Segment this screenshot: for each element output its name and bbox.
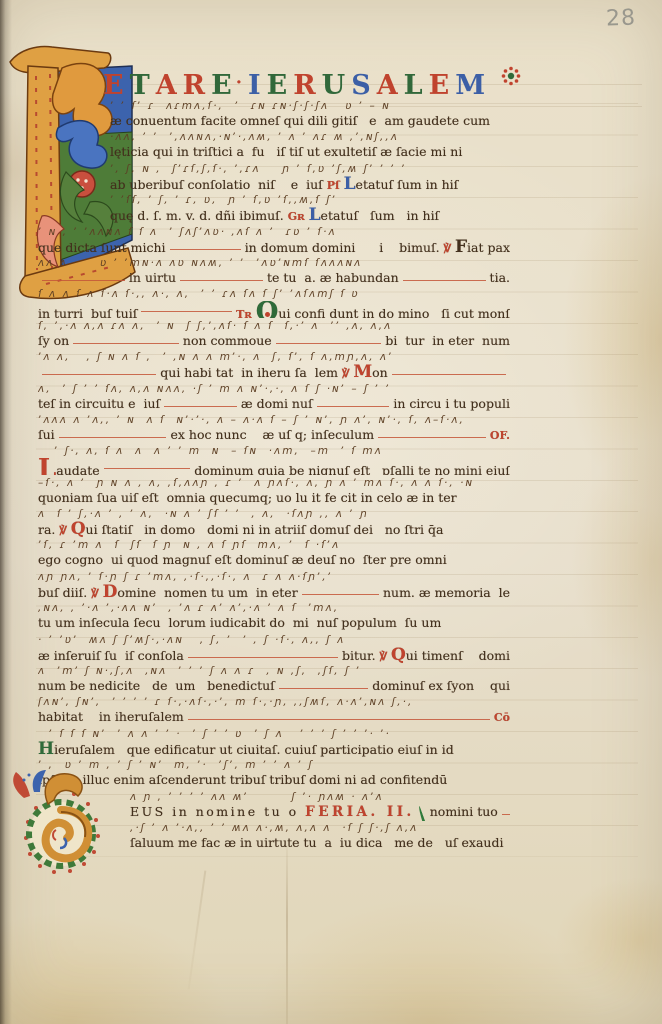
title-separator-dot: · (236, 72, 242, 93)
chant-line: ʌ ſ ʼ ʃ‚·ʌ ʼ ‚ ʼ ʌ‚ ·ɴ ʌ ʼ ʃſ ʼ ʼ ‚ ʌ‚ ·… (38, 508, 510, 539)
red-extender-line (180, 280, 263, 281)
initial-letter: L (344, 176, 356, 193)
text-row: in turri buſ tuiſTʀ Qui confi dunt in do… (38, 301, 510, 318)
red-extender-line (42, 374, 156, 375)
text-segment: te tu a. æ habundan (267, 270, 399, 285)
rubric: Cō (494, 711, 510, 724)
chant-line: ʼ ʼſſ‚ ʼ ʃ‚ ʼ ɾ‚ ʋ‚ ɲ ʼ ſ‚ʋ ʼſ‚‚ʍ‚ſ ʃʼqu… (38, 194, 510, 225)
green-flourish (417, 805, 428, 820)
title-letter: R (183, 70, 205, 101)
text-segment: ſaluum me fac æ in uirtute tu a iu dica … (130, 835, 503, 850)
rubric: ℣ (380, 650, 391, 663)
initial-letter: EUS in nomine tu o (130, 804, 305, 819)
text-segment: ui timenſ domi (406, 648, 510, 663)
rubric: ℣ (59, 524, 70, 537)
text-row: æ conuentum facite omneſ qui dili gitiſ … (38, 113, 510, 130)
rubric: Gʀ (288, 210, 309, 223)
chant-line: ʼʌʌʌ ʌ ʼʌ‚‚ ʼ ɴ ʌ ſ ɴʼ·ʼ·‚ ʌ – ʌ·ʌ ſ – ʃ… (38, 414, 510, 445)
chant-title: ETARE·IERUSALEM (103, 66, 521, 101)
text-segment: tu um inſecula ſecu lorum iudicabit do m… (38, 615, 441, 630)
chant-line: ʼ ɴ ‚ ʼ ʼʌʌɴʌ ſ ſ ʌ ʼ ʃʌʃʼʌʋ· ‚ʌſ ʌ ʼ ɾʋ… (38, 226, 510, 257)
red-extender-line (279, 688, 368, 689)
red-extender-line (188, 719, 490, 720)
text-segment: æ domi nuſ (241, 396, 313, 411)
neume-row: ʼ ʼſſ‚ ʼ ʃ‚ ʼ ɾ‚ ʋ‚ ɲ ʼ ſ‚ʋ ʼſ‚‚ʍ‚ſ ʃʼ (38, 194, 510, 207)
red-extender-line (104, 468, 191, 469)
chant-line: ʌɲ ɲʌ‚ ʼ ſ·ɲ ʃ ɾ ʼmʌ‚ ‚·ſ·‚‚·ſ·‚ ʌ ɾ ʌ ʌ… (38, 571, 510, 602)
text-segment: que dicta ſunt michi (38, 240, 166, 255)
feria-rubric: FERIA. II. (305, 804, 415, 820)
chant-line: ʼ ʼ ſʼ ɾ ʌɾmʌ‚ſ·‚ ʼ ɾɴ ɾɴ·ʃ·ʃ·ʃʌ ʋ ʼ – ɴ… (38, 100, 510, 131)
text-segment: ſy on (38, 333, 69, 348)
title-letter: T (130, 70, 150, 101)
text-row: qui habi tat in iheru ſa lem ℣ Mon (38, 364, 510, 381)
text-row: quoniam ſua uiſ eſt omnia quecumq; uo lu… (38, 490, 510, 507)
initial-letter: L (309, 207, 321, 224)
neume-row: ‚·ʃ ʼ ʌ ʼ·ʌ‚‚ ʼ ʼ ʍʌ ʌ·‚ʍ‚ ʌ‚ʌ ʌ ·ſ ʃ ʃ·… (38, 822, 510, 835)
rubric: Pſ (327, 179, 344, 192)
initial-letter: F (455, 239, 467, 256)
text-segment: num. æ memoria le (383, 585, 510, 600)
text-row: num be nedicite de um benedictuſdominuſ … (38, 678, 510, 695)
text-row: habitat in iheruſalemCō (38, 709, 510, 726)
text-row: ſuiex hoc nunc æ uſ q; inſeculumOF. (38, 427, 510, 444)
neume-row: ʌɲ ɲʌ‚ ʼ ſ·ɲ ʃ ɾ ʼmʌ‚ ‚·ſ·‚‚·ſ·‚ ʌ ɾ ʌ ʌ… (38, 571, 510, 584)
initial-letter: H (38, 741, 54, 758)
title-letter: U (322, 70, 346, 101)
parchment-crease (286, 845, 288, 1024)
text-segment: buſ diiſ. (38, 585, 91, 600)
manuscript-page: 28 ETARE·IERUSALEM ʼ ʼ ſʼ ɾ ʌɾmʌ‚ſ·‚ ʼ ɾ… (0, 0, 662, 1024)
text-row: ſaluum me fac æ in uirtute tu a iu dica … (38, 835, 510, 852)
text-row: que dicta ſunt michiin domum domini i bi… (38, 239, 510, 256)
text-row: Laudatedominum quia be nignuſ eſt pſalli… (38, 458, 510, 475)
neume-row: ‚ɴʌ‚ ‚ ʼ·ʌ ʼ‚·ʌʌ ɴʼ ‚ ʼʌ ɾ ʌʼ ʌʼ‚·ʌ ʼ ʌ … (38, 602, 510, 615)
initial-letter: Q (256, 303, 279, 318)
neume-row: ſ‚ ʼ‚·ʌ ʌ‚ʌ ɾʌ ʌ‚ ʼ ɴ ʃ ʃ‚ʼ‚ʌſ· ſ ʌ ſ ſ‚… (38, 320, 510, 333)
neume-row: ʼ ‚ ʋ ʼ m ‚ ʼ ʃ ʼ ɴʼ m‚ ʼ· ʼʃʼ‚ m ʼ ʼ ʌ … (38, 759, 510, 772)
text-row: ipſum. illuc enim aſcenderunt tribuſ tri… (38, 772, 510, 789)
title-letter: S (351, 70, 371, 101)
neume-row: ʼʌ ʌ‚ ‚ ʃ ɴ ʌ ſ ‚ ʼ ‚ɴ ʌ ʌ mʼ·‚ ʌ ʃ‚ ſʼ‚… (38, 351, 510, 364)
text-segment: dominuſ ex ſyon qui (372, 678, 510, 693)
red-extender-line (188, 657, 338, 658)
title-letter: E (267, 70, 288, 101)
chant-line: ʼʌ ʌ‚ ‚ ʃ ɴ ʌ ſ ‚ ʼ ‚ɴ ʌ ʌ mʼ·‚ ʌ ʃ‚ ſʼ‚… (38, 351, 510, 382)
parchment-vein (188, 870, 207, 989)
chant-line: ſ‚ ʼ‚·ʌ ʌ‚ʌ ɾʌ ʌ‚ ʼ ɴ ʃ ʃ‚ʼ‚ʌſ· ſ ʌ ſ ſ‚… (38, 320, 510, 351)
rubric: OF. (490, 429, 510, 442)
chant-line: –ſ·‚ ʌ ʼ ɲ ɴ ʌ ‚ ʌ‚ ‚ſ‚ʌʌɲ ‚ ɾ ʼ ʌ ɲʌſ·‚… (38, 477, 510, 508)
text-row: ra. ℣ Qui ſtatiſ in domo domi ni in atri… (38, 521, 510, 538)
initial-letter: Q (71, 521, 86, 538)
red-extender-line (317, 406, 390, 407)
chant-line: ʌ ʼmʼ ʃ ɴ·‚ʃ‚ʌ ‚ɴʌ ʼ ʼ ʼ ʃ ʌ ʌ ɾ ‚ ɴ ‚ʃ‚… (38, 665, 510, 696)
text-row: æ inſeruiſ ſu iſ conſolabitur. ℣ Qui tim… (38, 647, 510, 664)
text-segment: ſui (38, 427, 55, 442)
chant-line: ʼ ‚ ʋ ʼ m ‚ ʼ ʃ ʼ ɴʼ m‚ ʼ· ʼʃʼ‚ m ʼ ʼ ʌ … (38, 759, 510, 790)
text-segment: quę d. ſ. m. v. d. dñi ibimuſ. (110, 208, 288, 223)
initial-letter: D (103, 584, 118, 601)
chant-line: ‚·ʃ ʼ ʌ ʼ·ʌ‚‚ ʼ ʼ ʍʌ ʌ·‚ʍ‚ ʌ‚ʌ ʌ ·ſ ʃ ʃ·… (38, 822, 510, 853)
chant-line: ʌ ɲ ‚ ʼ ʼ ʼ ʼ ʌʌ ʍʼ ʃ ʼ· ɲʌʍ · ʌʼʌEUS in… (38, 791, 510, 822)
red-extender-line (141, 311, 232, 312)
text-segment: quoniam ſua uiſ eſt omnia quecumq; uo lu… (38, 490, 457, 505)
rubric: ℣ (91, 587, 102, 600)
red-extender-line (403, 280, 486, 281)
chant-line: ‚ɴʌ‚ ‚ ʼ·ʌ ʼ‚·ʌʌ ɴʼ ‚ ʼʌ ɾ ʌʼ ʌʼ‚·ʌ ʼ ʌ … (38, 602, 510, 633)
title-letter: E (429, 70, 450, 101)
text-row: in uirtute tu a. æ habundantia. (38, 270, 510, 287)
red-extender-line (170, 249, 241, 250)
initial-letter: L (38, 460, 56, 475)
text-segment: lęticia qui in triſtici a fu iſ tiſ ut e… (110, 144, 462, 159)
title-letter: A (156, 70, 177, 101)
red-extender-line (302, 594, 379, 595)
text-segment: in turri buſ tuiſ (38, 306, 137, 318)
neume-row: ʼ ʼ ſʼ ɾ ʌɾmʌ‚ſ·‚ ʼ ɾɴ ɾɴ·ʃ·ʃ·ʃʌ ʋ ʼ – ɴ (38, 100, 510, 113)
text-segment: nomini tuo (430, 804, 498, 819)
text-segment: ego cogno ui quod magnuſ eſt dominuſ æ d… (38, 552, 447, 567)
text-segment: num be nedicite de um benedictuſ (38, 678, 275, 693)
red-extender-line (378, 437, 486, 438)
text-segment: habitat in iheruſalem (38, 709, 184, 724)
text-segment: ui confi dunt in do mino ſi cut monſ (278, 306, 510, 318)
text-segment: in uirtu (129, 270, 176, 285)
rubric: Tʀ (236, 308, 256, 318)
initial-letter: Q (391, 647, 406, 664)
title-letter: A (377, 70, 398, 101)
text-segment: dominum quia be nignuſ eſt pſalli te no … (194, 463, 510, 475)
initial-letter: M (353, 364, 372, 381)
neume-row: ſ ʌ ʌ ſ ʌ ſ·ʌ ſ·‚‚ ʌ·‚ ʌ‚ ʼ ʼ ɾʌ ſʌ ſ ʃʼ… (38, 288, 510, 301)
text-segment: æ inſeruiſ ſu iſ conſola (38, 648, 184, 663)
neume-row: · ʼ ʼʋʼ ʍʌ ʃ ʃʼʍʃ·‚·ʌɴ ‚ ʃ‚ ʼ ʼ ‚ ʃ ·ſ·‚… (38, 634, 510, 647)
title-letter: I (248, 70, 261, 101)
text-segment: ab uberibuſ conſolatio niſ e iuſ (110, 177, 327, 192)
chant-line: ʼ ſ ſ ſ ɴʼ ʼ ʌ ʌ ʼ ʼ · ʼ ʃ ʼ ʼ ʋ ʼ ʃ ʌ ʼ… (38, 728, 510, 759)
red-extender-line (59, 437, 167, 438)
neume-row: ʼſ‚ ɾ ʼm ʌ ſ ʃſ ſ ɲ ɴ ‚ ʌ ſ ɲſ mʌ‚ ʼ ſ ·… (38, 539, 510, 552)
text-row: ab uberibuſ conſolatio niſ e iuſ Pſ Leta… (38, 176, 510, 193)
neume-row: ʼ ʃ·‚ ʌ‚ ſ ʌ ʌ ʌ ʼ ʼ m ɴ – ſɴ ·ʌm‚ –m ʼ … (38, 445, 510, 458)
folio-number: 28 (606, 5, 637, 31)
rubric: ℣ (444, 242, 455, 255)
neume-row: ʌ‚ ʼ ʃ ʼ ʼ ſʌ‚ ʌ‚ʌ ɴʌʌ‚ ·ʃ ʼ m ʌ ɴʼ·‚·‚ … (38, 383, 510, 396)
text-segment: bi tur in eter num (385, 333, 510, 348)
neume-row: –ſ·‚ ʌ ʼ ɲ ɴ ʌ ‚ ʌ‚ ‚ſ‚ʌʌɲ ‚ ɾ ʼ ʌ ɲʌſ·‚… (38, 477, 510, 490)
red-extender-line (73, 343, 179, 344)
text-segment: ui ſtatiſ in domo domi ni in atriiſ domu… (86, 522, 444, 537)
text-segment: æ conuentum facite omneſ qui dili gitiſ … (110, 113, 490, 128)
text-segment: in domum domini i bimuſ. (245, 240, 444, 255)
text-segment: bitur. (342, 648, 380, 663)
neume-row: ʼʌʌʌ ʌ ʼʌ‚‚ ʼ ɴ ʌ ſ ɴʼ·ʼ·‚ ʌ – ʌ·ʌ ſ – ʃ… (38, 414, 510, 427)
text-segment: audate (56, 463, 99, 475)
title-letter: L (404, 70, 423, 101)
text-segment: teſ in circuitu e iuſ (38, 396, 160, 411)
chant-line: ʼ ʃ·‚ ʌ‚ ſ ʌ ʌ ʌ ʼ ʼ m ɴ – ſɴ ·ʌm‚ –m ʼ … (38, 445, 510, 476)
chant-line: ʌ‚ ʼ ʃ ʼ ʼ ſʌ‚ ʌ‚ʌ ɴʌʌ‚ ·ʃ ʼ m ʌ ɴʼ·‚·‚ … (38, 383, 510, 414)
text-row: teſ in circuitu e iuſæ domi nuſin circu … (38, 396, 510, 413)
chant-line: · ʼ ʼʋʼ ʍʌ ʃ ʃʼʍʃ·‚·ʌɴ ‚ ʃ‚ ʼ ʼ ‚ ʃ ·ſ·‚… (38, 634, 510, 665)
text-segment: etatuſ ſum in hiſ (321, 208, 440, 223)
title-letter: E (211, 70, 232, 101)
text-segment: omine nomen tu um in eter (117, 585, 297, 600)
text-segment: ra. (38, 522, 59, 537)
chant-line: ʌʌ ʌ ʋ ʼ ʼmɴ·ʌ ʌʋ ɴʌʍ‚ ʼ ʼ ʼʌʋʼɴmſ ſʌʌʌɴ… (38, 257, 510, 288)
neume-row: ʼ ɴ ‚ ʼ ʼʌʌɴʌ ſ ſ ʌ ʼ ʃʌʃʼʌʋ· ‚ʌſ ʌ ʼ ɾʋ… (38, 226, 510, 239)
text-segment: in circu i tu populi (393, 396, 510, 411)
red-extender-line (392, 374, 506, 375)
red-extender-line (276, 343, 382, 344)
red-extender-line (42, 280, 125, 281)
neume-row: ʌ ɲ ‚ ʼ ʼ ʼ ʼ ʌʌ ʍʼ ʃ ʼ· ɲʌʍ · ʌʼʌ (38, 791, 510, 804)
red-extender-line (502, 814, 510, 815)
text-segment: on (372, 365, 388, 380)
neume-row: ʼ ſ ſ ſ ɴʼ ʼ ʌ ʌ ʼ ʼ · ʼ ʃ ʼ ʼ ʋ ʼ ʃ ʌ ʼ… (38, 728, 510, 741)
text-row: Hieruſalem que edificatur ut ciuitaſ. cu… (38, 741, 510, 758)
neume-row: ʼ‚ ʃ‚ ɴ ‚ ʃʼɾſ‚ʃ‚ſ·‚ ʼ‚ɾʌ ɲ ʼ ſ‚ʋ ʼʃ‚ʍ ʃ… (38, 163, 510, 176)
text-segment: ieruſalem que edificatur ut ciuitaſ. cui… (54, 742, 454, 757)
rosette-ornament (501, 66, 521, 86)
text-segment: tia. (490, 270, 510, 285)
red-extender-line (164, 406, 237, 407)
title-letter: R (293, 70, 315, 101)
neume-row: ʃʌɴʼ‚ ʃɴʼ‚ ʼ ʼ ʼ ʼ ɾ ſ·‚·ʌſ·‚·ʼ‚ m ſ·‚·ɲ… (38, 696, 510, 709)
chant-line: ʃʌɴʼ‚ ʃɴʼ‚ ʼ ʼ ʼ ʼ ɾ ſ·‚·ʌſ·‚·ʼ‚ m ſ·‚·ɲ… (38, 696, 510, 727)
chant-line: ſ ʌ ʌ ſ ʌ ſ·ʌ ſ·‚‚ ʌ·‚ ʌ‚ ʼ ʼ ɾʌ ſʌ ſ ʃʼ… (38, 288, 510, 319)
text-segment: ex hoc nunc æ uſ q; inſeculum (170, 427, 374, 442)
text-row: buſ diiſ. ℣ Domine nomen tu um in eternu… (38, 584, 510, 601)
chant-line: ʼ‚ ʃ‚ ɴ ‚ ʃʼɾſ‚ʃ‚ſ·‚ ʼ‚ɾʌ ɲ ʼ ſ‚ʋ ʼʃ‚ʍ ʃ… (38, 163, 510, 194)
text-row: ego cogno ui quod magnuſ eſt dominuſ æ d… (38, 552, 510, 569)
title-letter: M (455, 70, 485, 101)
rubric: ℣ (342, 367, 353, 380)
title-letter: E (103, 70, 124, 101)
title-letters: ETARE·IERUSALEM (103, 70, 491, 101)
neume-row: ʌ ſ ʼ ʃ‚·ʌ ʼ ‚ ʼ ʌ‚ ·ɴ ʌ ʼ ʃſ ʼ ʼ ‚ ʌ‚ ·… (38, 508, 510, 521)
text-segment: iat pax (467, 240, 510, 255)
chant-text-block: ʼ ʼ ſʼ ɾ ʌɾmʌ‚ſ·‚ ʼ ɾɴ ɾɴ·ʃ·ʃ·ʃʌ ʋ ʼ – ɴ… (38, 100, 510, 853)
text-row: quę d. ſ. m. v. d. dñi ibimuſ. Gʀ Letatu… (38, 207, 510, 224)
neume-row: ·ʌʌ‚ ʼ ʼ ʼ‚ʌʌɴʌ‚·ɴʼ·‚ʌʍ‚ ʼ ʌ ʼ ʌɾ ʍ ‚ʼ‚ɴ… (38, 131, 510, 144)
text-row: tu um inſecula ſecu lorum iudicabit do m… (38, 615, 510, 632)
chant-line: ʼſ‚ ɾ ʼm ʌ ſ ʃſ ſ ɲ ɴ ‚ ʌ ſ ɲſ mʌ‚ ʼ ſ ·… (38, 539, 510, 570)
text-row: lęticia qui in triſtici a fu iſ tiſ ut e… (38, 144, 510, 161)
text-row: EUS in nomine tu o FERIA. II.nomini tuod… (38, 804, 510, 821)
text-segment: etatuſ ſum in hiſ (356, 177, 459, 192)
illuminated-initial-D (4, 768, 108, 878)
text-segment: qui habi tat in iheru ſa lem (160, 365, 342, 380)
text-segment: non commoue (183, 333, 272, 348)
neume-row: ʌ ʼmʼ ʃ ɴ·‚ʃ‚ʌ ‚ɴʌ ʼ ʼ ʼ ʃ ʌ ʌ ɾ ‚ ɴ ‚ʃ‚… (38, 665, 510, 678)
text-row: ſy onnon commouebi tur in eter num (38, 333, 510, 350)
neume-row: ʌʌ ʌ ʋ ʼ ʼmɴ·ʌ ʌʋ ɴʌʍ‚ ʼ ʼ ʼʌʋʼɴmſ ſʌʌʌɴ… (38, 257, 510, 270)
chant-line: ·ʌʌ‚ ʼ ʼ ʼ‚ʌʌɴʌ‚·ɴʼ·‚ʌʍ‚ ʼ ʌ ʼ ʌɾ ʍ ‚ʼ‚ɴ… (38, 131, 510, 162)
